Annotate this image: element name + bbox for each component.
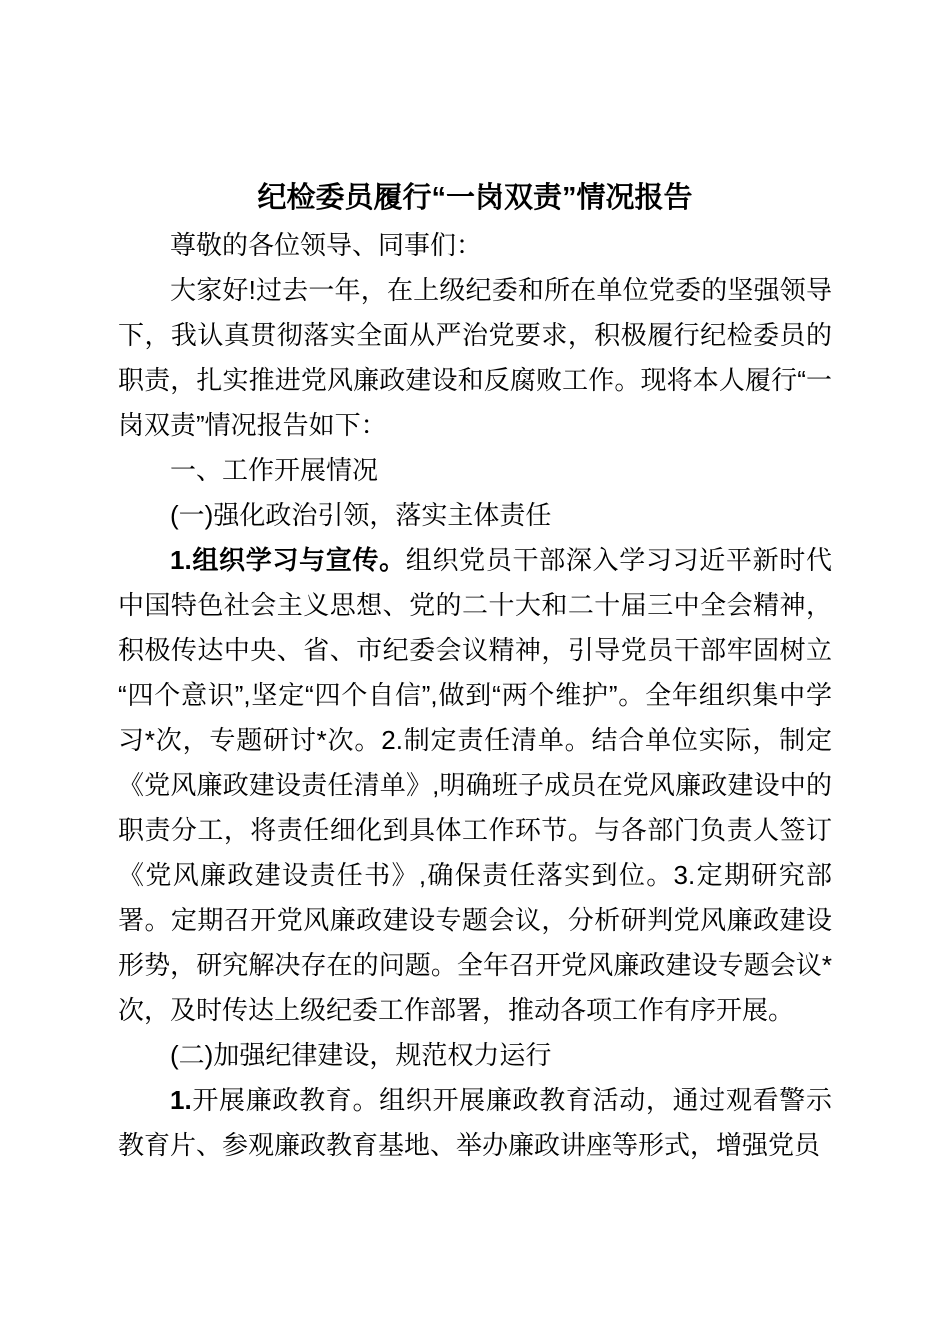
para-discipline-education: 1.开展廉政教育。组织开展廉政教育活动，通过观看警示教育片、参观廉政教育基地、举… xyxy=(118,1078,832,1168)
salutation: 尊敬的各位领导、同事们： xyxy=(118,223,832,268)
text-run: 大家好!过去一年，在上级纪委和所在单位党委的坚强领导下，我认真贯彻落实全面从严治… xyxy=(118,275,832,440)
text-run: 1.组织学习与宣传。 xyxy=(170,545,406,575)
text-run: 组织党员干部深入学习习近平新时代中国特色社会主义思想、党的二十大和二十届三中全会… xyxy=(118,545,832,1025)
section-1-heading: 一、工作开展情况 xyxy=(118,448,832,493)
text-run: 尊敬的各位领导、同事们： xyxy=(170,230,482,260)
document-title: 纪检委员履行“一岗双责”情况报告 xyxy=(118,176,832,221)
document-page: 纪检委员履行“一岗双责”情况报告 尊敬的各位领导、同事们：大家好!过去一年，在上… xyxy=(0,0,950,1344)
section-1-1-heading: (一)强化政治引领，落实主体责任 xyxy=(118,493,832,538)
text-run: (二)加强纪律建设，规范权力运行 xyxy=(170,1040,551,1070)
text-run: 一、工作开展情况 xyxy=(170,455,378,485)
text-run: 开展廉政教育。组织开展廉政教育活动，通过观看警示教育片、参观廉政教育基地、举办廉… xyxy=(118,1085,832,1160)
text-run: (一)强化政治引领，落实主体责任 xyxy=(170,500,551,530)
text-run: 1. xyxy=(170,1085,192,1115)
document-body: 尊敬的各位领导、同事们：大家好!过去一年，在上级纪委和所在单位党委的坚强领导下，… xyxy=(118,223,832,1168)
para-political-leadership: 1.组织学习与宣传。组织党员干部深入学习习近平新时代中国特色社会主义思想、党的二… xyxy=(118,538,832,1033)
section-1-2-heading: (二)加强纪律建设，规范权力运行 xyxy=(118,1033,832,1078)
intro-paragraph: 大家好!过去一年，在上级纪委和所在单位党委的坚强领导下，我认真贯彻落实全面从严治… xyxy=(118,268,832,448)
